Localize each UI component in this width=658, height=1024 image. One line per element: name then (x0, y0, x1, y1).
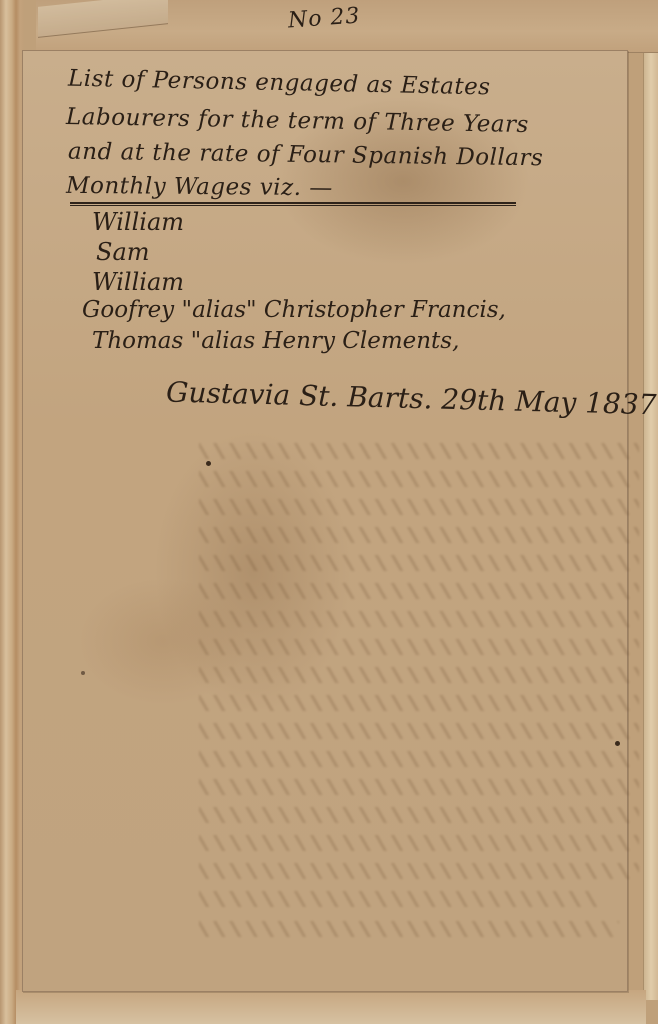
bleed-through-line (199, 863, 639, 879)
heading-line-4: Monthly Wages viz. — (66, 173, 333, 201)
ink-spot (615, 741, 620, 746)
bleed-through-line (199, 443, 639, 459)
adjacent-page-edge (643, 40, 658, 1000)
bleed-through-line (199, 723, 639, 739)
bleed-through-line (199, 555, 639, 571)
labourer-name: William (92, 268, 184, 296)
bleed-through-line (199, 835, 639, 851)
ink-spot (206, 461, 211, 466)
bleed-through-line (199, 921, 619, 937)
bleed-through-line (199, 807, 639, 823)
bleed-through-line (199, 695, 639, 711)
bleed-through-line (199, 751, 639, 767)
bleed-through-line (199, 471, 639, 487)
labourer-name: William (92, 208, 184, 236)
ink-spot (81, 671, 85, 675)
heading-double-underline (70, 202, 516, 206)
bleed-through-line (199, 583, 639, 599)
bleed-through-line (199, 639, 639, 655)
bleed-through-line (199, 499, 639, 515)
labourer-name: Thomas "alias Henry Clements, (92, 328, 459, 354)
bleed-through-line (199, 527, 639, 543)
bleed-through-line (199, 779, 639, 795)
labourer-name: Goofrey "alias" Christopher Francis, (82, 297, 506, 323)
labourer-name: Sam (96, 238, 150, 266)
bottom-mount-strip (16, 990, 646, 1024)
bleed-through-line (199, 891, 599, 907)
folio-number: No 23 (287, 4, 361, 34)
bleed-through-line (199, 667, 639, 683)
bleed-through-line (199, 611, 639, 627)
